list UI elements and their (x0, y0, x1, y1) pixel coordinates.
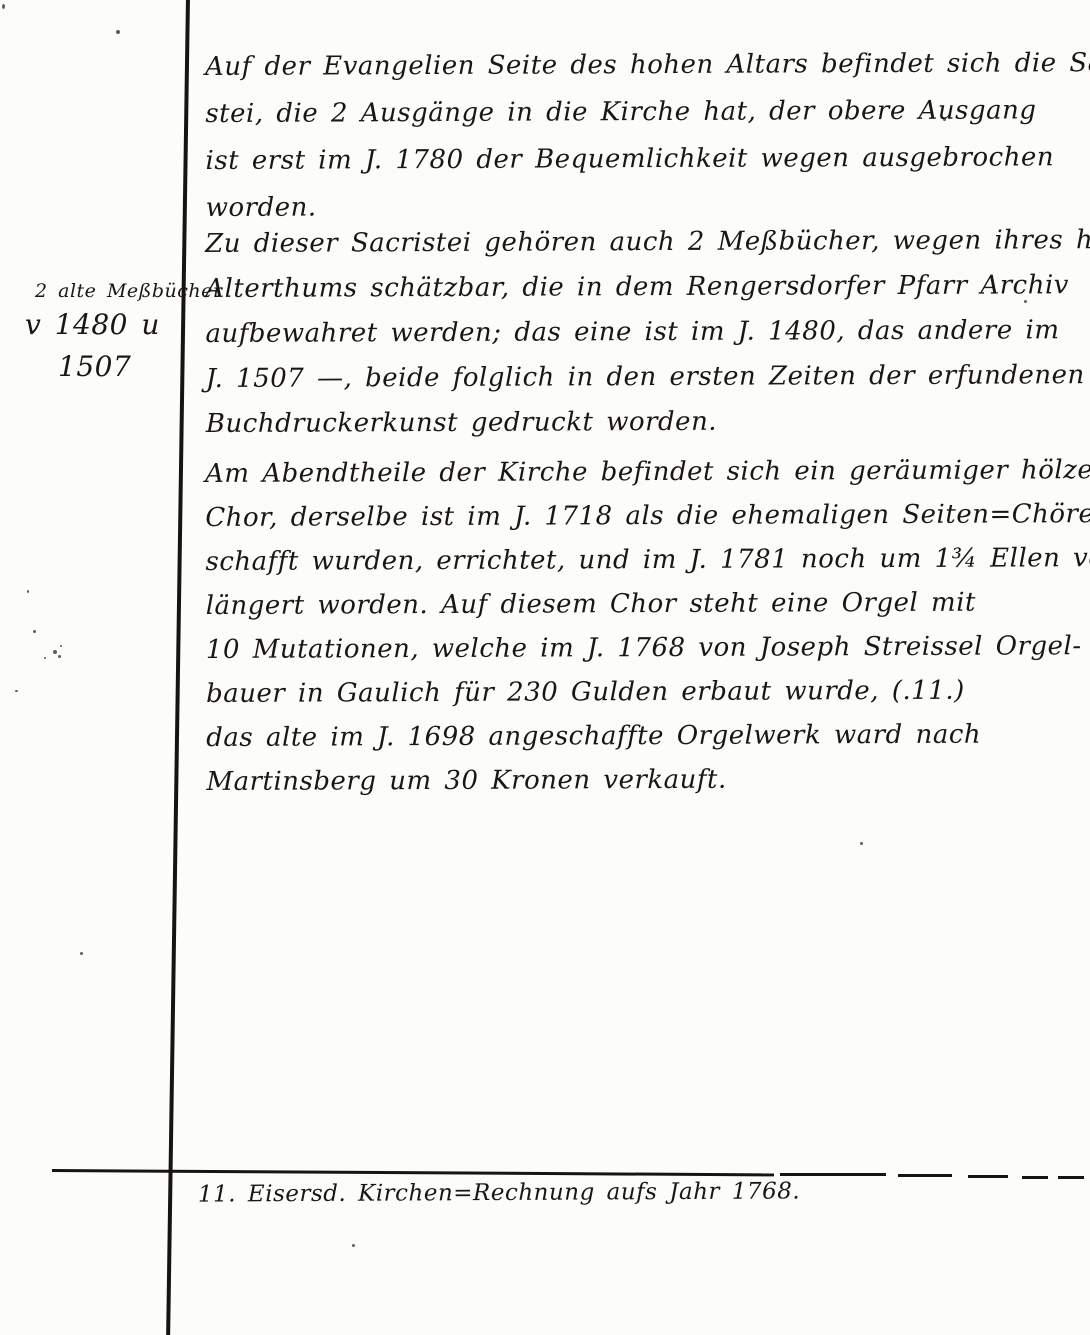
text-line: aufbewahret werden; das eine ist im J. 1… (205, 308, 1090, 357)
footnote-rule-dash (780, 1173, 886, 1176)
text-line: das alte im J. 1698 angeschaffte Orgelwe… (206, 712, 1090, 760)
scan-speck (33, 630, 36, 633)
scan-speck (116, 30, 120, 34)
footnote-rule-dash (898, 1174, 952, 1177)
footnote-rule-dash (1022, 1176, 1048, 1179)
footnote-rule-dash (968, 1175, 1008, 1178)
text-line: Alterthums schätzbar, die in dem Rengers… (205, 263, 1090, 312)
scan-speck (80, 952, 83, 955)
scan-speck (860, 842, 863, 845)
text-line: J. 1507 —, beide folglich in den ersten … (206, 353, 1090, 402)
paragraph-sacristy: Auf der Evangelien Seite des hohen Altar… (205, 40, 1090, 232)
scan-speck (44, 657, 46, 659)
text-line: Buchdruckerkunst gedruckt worden. (206, 398, 1090, 447)
text-line: Martinsberg um 30 Kronen verkauft. (206, 756, 1090, 804)
text-line: längert worden. Auf diesem Chor steht ei… (206, 580, 1090, 628)
text-line: 10 Mutationen, welche im J. 1768 von Jos… (206, 624, 1090, 672)
text-line: stei, die 2 Ausgänge in die Kirche hat, … (205, 87, 1090, 138)
manuscript-page: 2 alte Meßbücher v 1480 u 1507 Auf der E… (0, 0, 1090, 1335)
scan-speck (15, 690, 18, 692)
text-line: ist erst im J. 1780 der Bequemlichkeit w… (205, 134, 1090, 185)
scan-speck (60, 645, 62, 647)
footnote: 11. Eisersd. Kirchen=Rechnung aufs Jahr … (198, 1178, 800, 1207)
margin-note-line: 2 alte Meßbücher (35, 280, 222, 302)
scan-speck (1024, 300, 1027, 303)
text-line: Zu dieser Sacristei gehören auch 2 Meßbü… (205, 218, 1090, 267)
scan-speck (943, 118, 946, 121)
margin-note-line: 1507 (58, 350, 131, 383)
scan-speck (2, 4, 5, 9)
paragraph-choir-organ: Am Abendtheile der Kirche befindet sich … (205, 448, 1090, 804)
footnote-rule (52, 1169, 774, 1176)
scan-speck (27, 590, 29, 593)
margin-rule (166, 0, 190, 1335)
text-line: Am Abendtheile der Kirche befindet sich … (205, 448, 1090, 496)
margin-note-line: v 1480 u (25, 308, 160, 341)
text-line: Chor, derselbe ist im J. 1718 als die eh… (205, 492, 1090, 540)
scan-speck (352, 1244, 355, 1247)
scan-speck (53, 650, 57, 654)
paragraph-missals: Zu dieser Sacristei gehören auch 2 Meßbü… (205, 218, 1090, 447)
text-line: bauer in Gaulich für 230 Gulden erbaut w… (206, 668, 1090, 716)
scan-speck (58, 655, 61, 658)
text-line: schafft wurden, errichtet, und im J. 178… (205, 536, 1090, 584)
text-line: Auf der Evangelien Seite des hohen Altar… (205, 40, 1090, 91)
footnote-rule-dash (1058, 1176, 1084, 1179)
